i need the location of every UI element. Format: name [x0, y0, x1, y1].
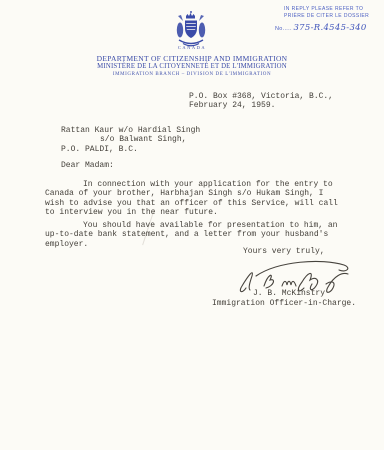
letterhead-dept-en: DEPARTMENT OF CITIZENSHIP AND IMMIGRATIO… [0, 54, 384, 63]
stamp-line-en: IN REPLY PLEASE REFER TO [275, 6, 375, 13]
salutation: Dear Madam: [61, 161, 114, 170]
body-paragraph-1: In connection with your application for … [45, 180, 338, 217]
date-block: P.O. Box #368, Victoria, B.C., February … [189, 92, 333, 111]
sender-address-line: P.O. Box #368, Victoria, B.C., [189, 92, 333, 101]
file-reference-stamp: IN REPLY PLEASE REFER TO PRIÈRE DE CITER… [275, 6, 375, 33]
paragraph-line: wish to advise you that an officer of th… [45, 199, 338, 208]
letterhead-dept-fr: MINISTÈRE DE LA CITOYENNETÉ ET DE L'IMMI… [0, 63, 384, 70]
file-number-line: No..... 375-R.4545-340 [275, 23, 375, 33]
recipient-line-3: P.O. PALDI, B.C. [61, 145, 200, 154]
recipient-line-1: Rattan Kaur w/o Hardial Singh [61, 126, 200, 135]
signatory-title: Immigration Officer-in-Charge. [212, 299, 356, 308]
valediction: Yours very truly, [243, 247, 325, 256]
paragraph-line: up-to-date bank statement, and a letter … [45, 230, 337, 239]
stamp-line-fr: PRIÈRE DE CITER LE DOSSIER [275, 13, 375, 20]
paragraph-line: In connection with your application for … [45, 180, 338, 189]
canada-coat-of-arms-icon [174, 11, 208, 47]
letter-page: IN REPLY PLEASE REFER TO PRIÈRE DE CITER… [0, 0, 384, 450]
signatory-name: J. B. McKinstry [253, 289, 325, 298]
letterhead-branch: IMMIGRATION BRANCH – DIVISION DE L'IMMIG… [0, 72, 384, 77]
recipient-address: Rattan Kaur w/o Hardial Singh s/o Balwan… [61, 126, 200, 154]
paragraph-line: Canada of your brother, Harbhajan Singh … [45, 189, 338, 198]
paragraph-line: to interview you in the near future. [45, 208, 338, 217]
recipient-line-2: s/o Balwant Singh, [100, 135, 200, 144]
paragraph-line: You should have available for presentati… [45, 221, 337, 230]
crest-country-label: CANADA [0, 45, 384, 50]
file-number-value: 375-R.4545-340 [293, 23, 366, 33]
file-number-label: No..... [275, 26, 292, 32]
body-paragraph-2: You should have available for presentati… [45, 221, 337, 249]
date-line: February 24, 1959. [189, 101, 333, 110]
